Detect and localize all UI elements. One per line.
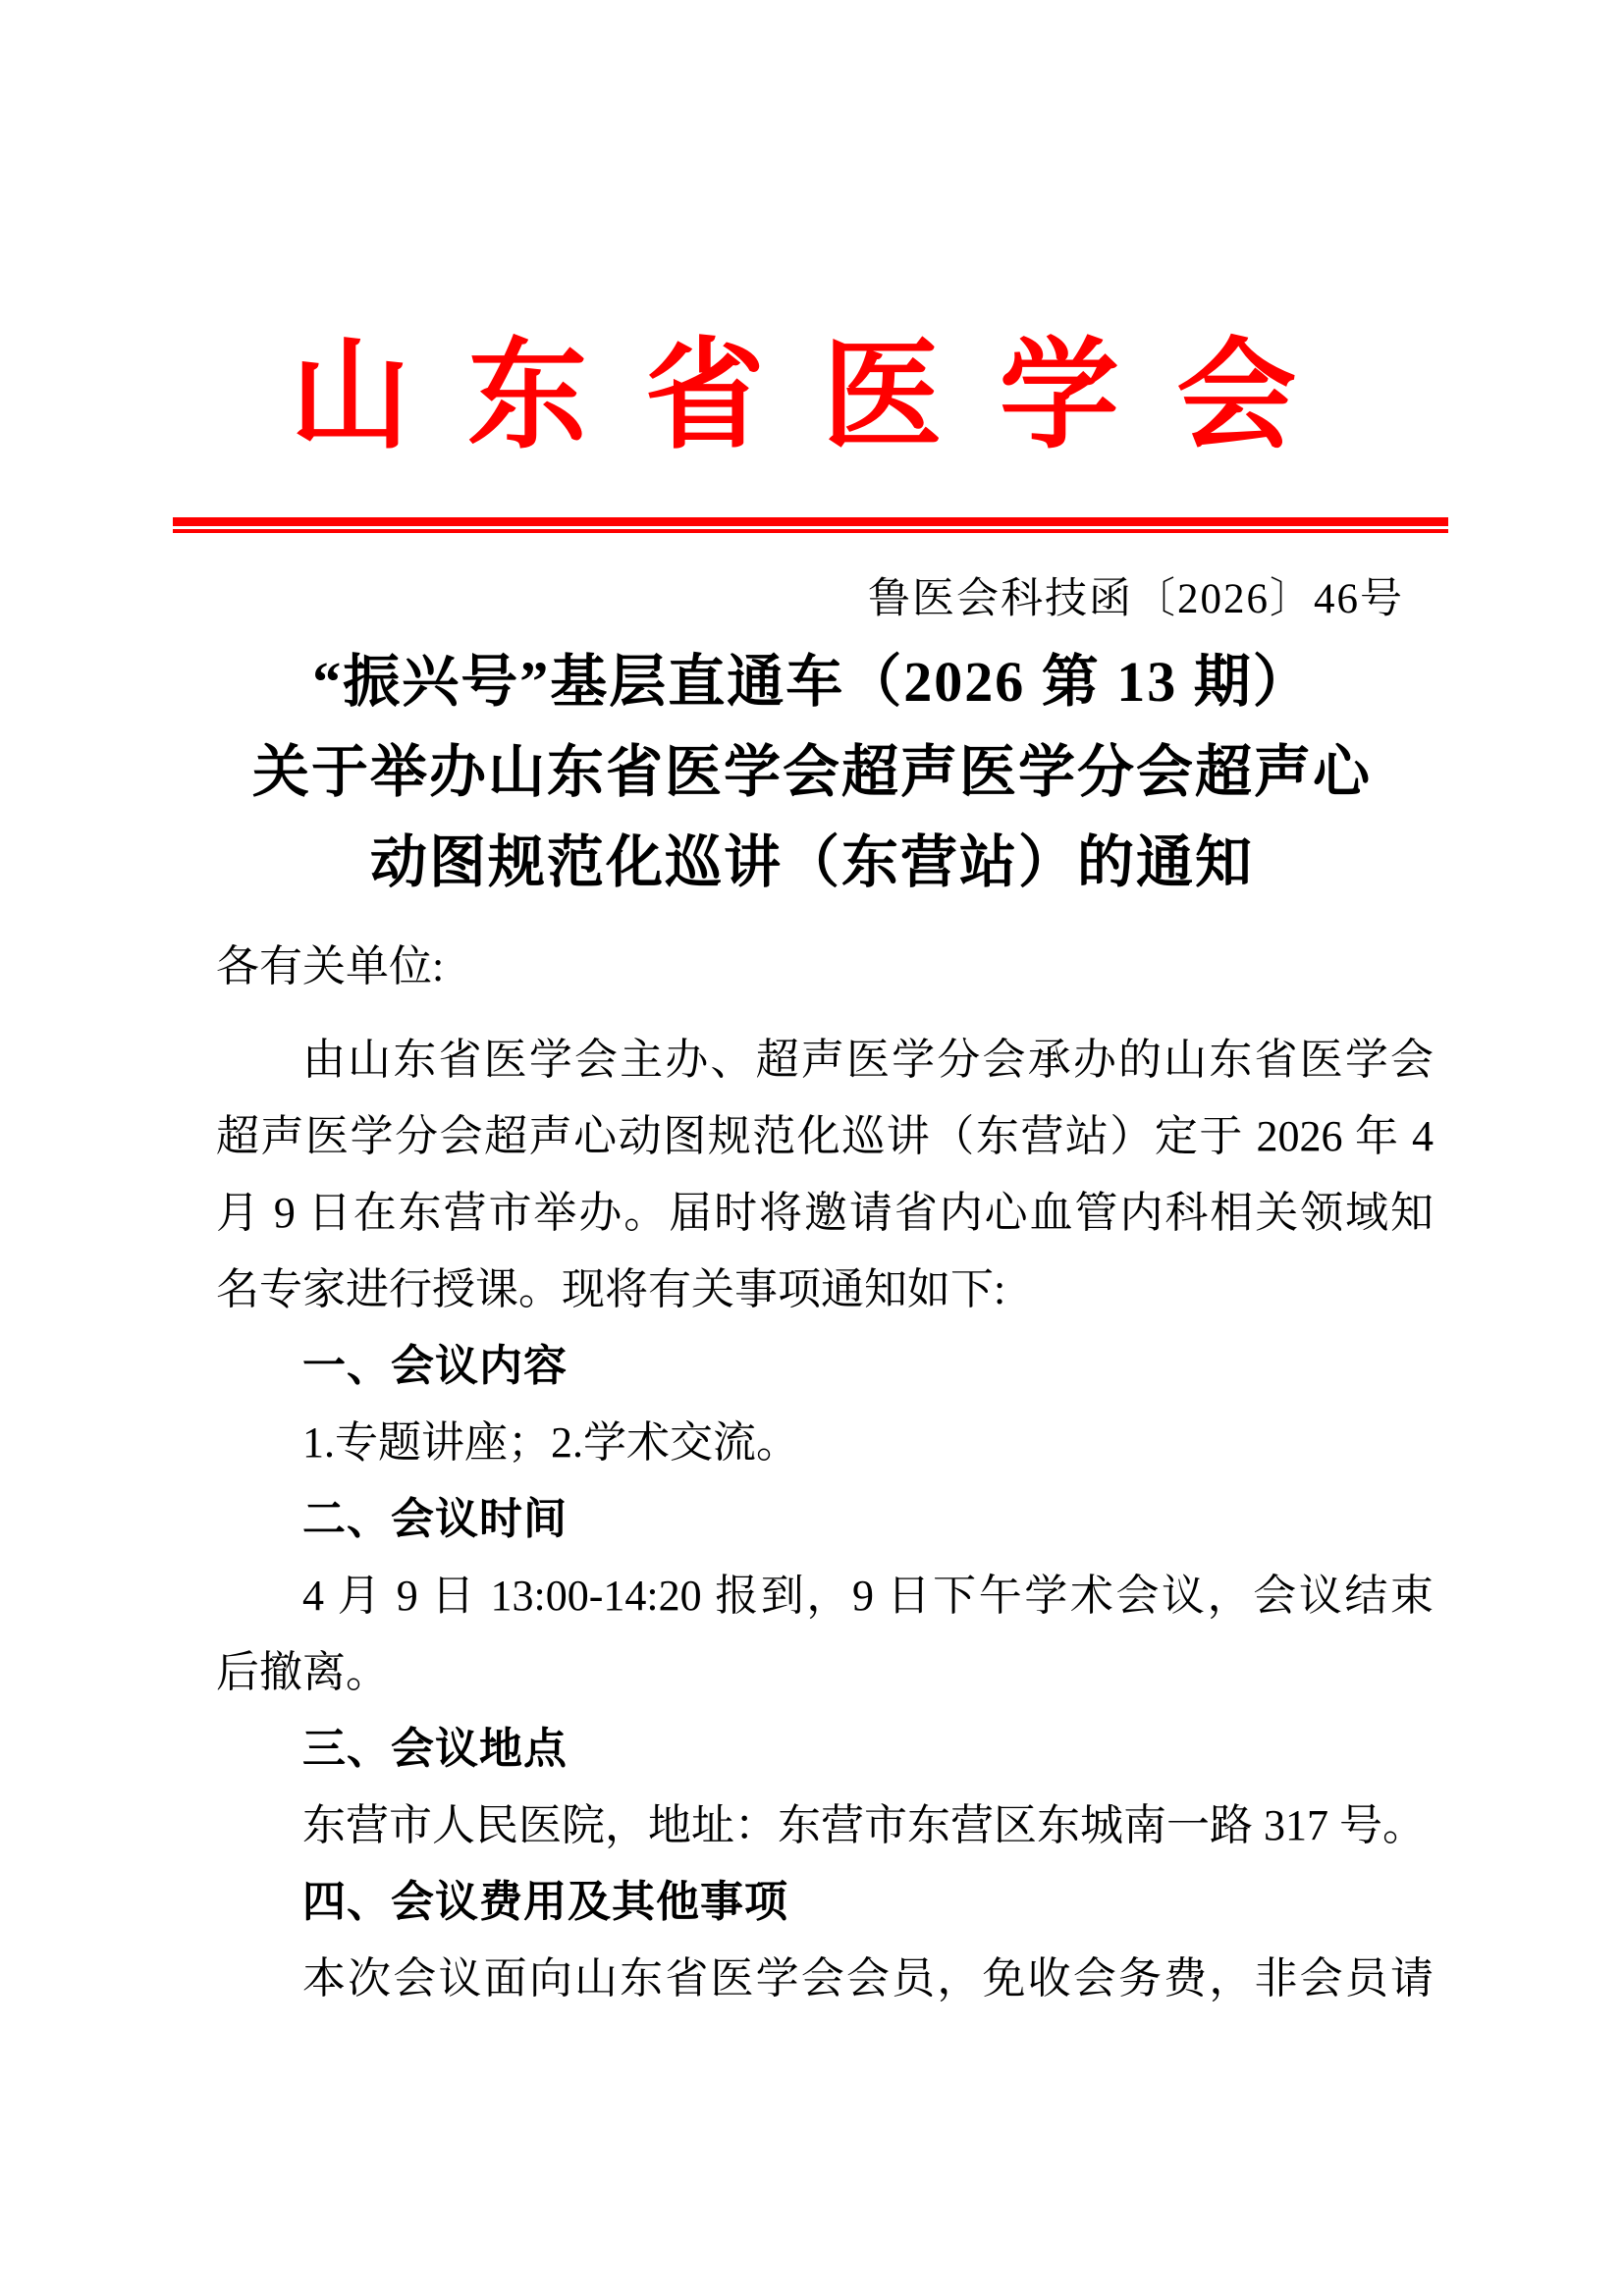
body-line: 名专家进行授课。现将有关事项通知如下:	[216, 1252, 1434, 1328]
red-divider-rule	[173, 517, 1448, 533]
section-heading: 一、会议内容	[216, 1328, 1434, 1405]
body-line: 1.专题讲座；2.学术交流。	[216, 1405, 1434, 1481]
letterhead-org-name: 山 东 省 医 学 会	[147, 324, 1453, 471]
body-line: 月 9 日在东营市举办。届时将邀请省内心血管内科相关领域知	[216, 1175, 1434, 1252]
body-line: 各有关单位:	[216, 929, 1434, 1005]
body-line: 超声医学分会超声心动图规范化巡讲（东营站）定于 2026 年 4	[216, 1098, 1434, 1175]
body-line: 后撤离。	[216, 1634, 1434, 1711]
body-line: 本次会议面向山东省医学会会员，免收会务费，非会员请	[216, 1941, 1434, 2017]
section-heading: 四、会议费用及其他事项	[216, 1864, 1434, 1941]
notice-page: 山 东 省 医 学 会 鲁医会科技函〔2026〕46号 “振兴号”基层直通车（2…	[0, 0, 1624, 2296]
notice-body: 各有关单位:由山东省医学会主办、超声医学分会承办的山东省医学会超声医学分会超声心…	[216, 929, 1434, 2017]
body-line: 东营市人民医院，地址：东营市东营区东城南一路 317 号。	[216, 1788, 1434, 1864]
notice-title-line-1: “振兴号”基层直通车（2026 第 13 期）	[98, 637, 1526, 727]
section-heading: 三、会议地点	[216, 1711, 1434, 1788]
section-heading: 二、会议时间	[216, 1481, 1434, 1558]
doc-reference-number: 鲁医会科技函〔2026〕46号	[216, 572, 1404, 627]
notice-title: “振兴号”基层直通车（2026 第 13 期） 关于举办山东省医学会超声医学分会…	[98, 637, 1526, 908]
body-line: 4 月 9 日 13:00-14:20 报到，9 日下午学术会议，会议结束	[216, 1558, 1434, 1634]
notice-title-line-2: 关于举办山东省医学会超声医学分会超声心	[98, 727, 1526, 818]
body-line: 由山东省医学会主办、超声医学分会承办的山东省医学会	[216, 1022, 1434, 1098]
notice-title-line-3: 动图规范化巡讲（东营站）的通知	[98, 818, 1526, 908]
